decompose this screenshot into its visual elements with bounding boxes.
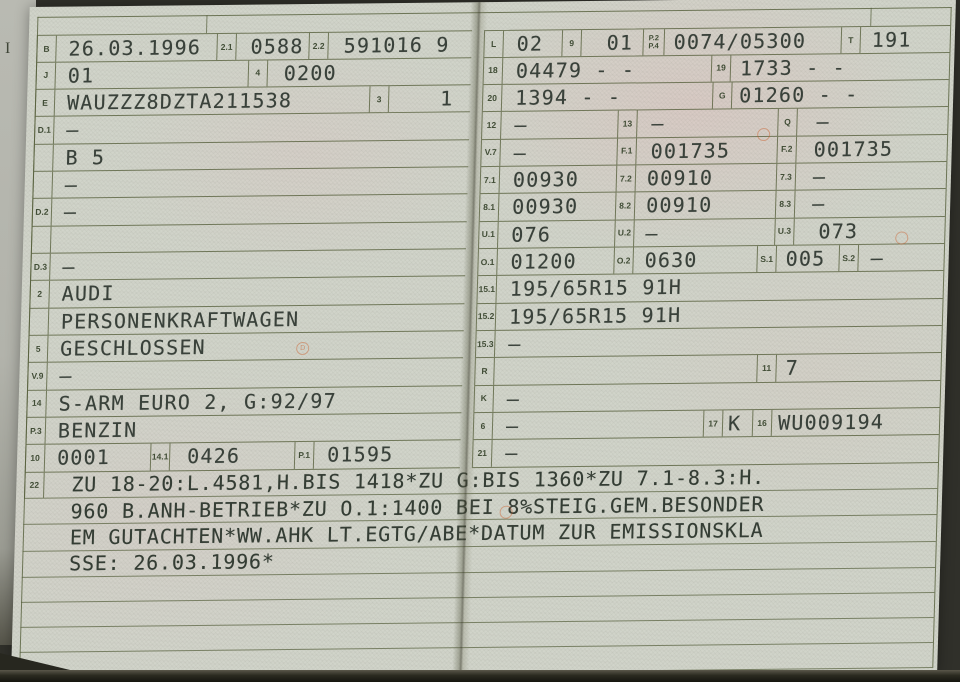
field-value: 073 <box>818 218 858 245</box>
field-code: 11 <box>756 355 777 382</box>
field-code: D.3 <box>30 254 51 281</box>
field-code: 8.3 <box>775 191 796 218</box>
field-code: B <box>36 36 57 62</box>
field-value: – <box>513 139 527 165</box>
field-value: AUDI <box>61 280 115 307</box>
field-value: 001735 <box>813 135 893 162</box>
field-value: BENZIN <box>58 417 138 444</box>
field-value: – <box>506 385 520 411</box>
field-value: – <box>64 171 78 197</box>
field-value: – <box>870 245 884 271</box>
photo-background: I B26.03.19962.105882.2591016 9J0140200E… <box>0 0 960 682</box>
field-code <box>29 308 50 335</box>
field-code: S.2 <box>838 245 859 272</box>
field-code <box>32 172 53 199</box>
field-code: D.1 <box>34 117 55 144</box>
field-code: 5 <box>28 336 49 363</box>
field-code: U.3 <box>774 218 795 245</box>
field-code: 10 <box>25 445 46 472</box>
field-value: 001735 <box>650 137 730 164</box>
field-value: 0001 <box>57 444 111 471</box>
field-value <box>507 358 508 384</box>
field-value: – <box>816 109 830 135</box>
header-divider-tick <box>206 15 208 33</box>
field-value: WU009194 <box>778 409 885 436</box>
document-field-table: B26.03.19962.105882.2591016 9J0140200EWA… <box>30 0 956 7</box>
field-value: WAUZZZ8DZTA211538 <box>67 87 293 116</box>
field-value: 0074/05300 <box>673 28 806 55</box>
field-value: 195/65R15 91H <box>509 274 682 302</box>
field-value: – <box>812 191 826 217</box>
field-code: 9 <box>561 30 582 56</box>
field-code: 14.1 <box>150 444 171 471</box>
field-value: 005 <box>785 245 825 272</box>
field-code: 2.2 <box>308 33 329 59</box>
field-code: E <box>35 90 56 117</box>
field-value: 00930 <box>512 193 579 220</box>
field-code: D.2 <box>32 199 53 226</box>
vehicle-registration-document-page: B26.03.19962.105882.2591016 9J0140200EWA… <box>11 0 956 682</box>
field-value: 0200 <box>284 59 338 86</box>
field-value: 01 <box>67 62 94 89</box>
field-code: 4 <box>247 60 268 87</box>
field-value: 076 <box>511 221 551 248</box>
field-code: T <box>840 27 861 53</box>
field-code: S.1 <box>756 246 777 273</box>
field-value: PERSONENKRAFTWAGEN <box>61 306 300 335</box>
field-value: 02 <box>516 31 543 57</box>
field-code: 16 <box>752 410 773 437</box>
field-value: – <box>505 440 519 466</box>
field-value: 01595 <box>327 441 394 468</box>
field-value: GESCHLOSSEN <box>60 334 206 362</box>
field-code: 8.2 <box>615 193 636 220</box>
field-value: – <box>506 413 520 439</box>
field-code: 3 <box>369 86 390 113</box>
field-value: 00910 <box>646 192 713 219</box>
field-code: 2.1 <box>216 34 237 60</box>
field-code: O.2 <box>613 247 634 274</box>
field-code: 13 <box>617 111 638 138</box>
field-value: 04479 - - <box>516 56 636 84</box>
field-value: S-ARM EURO 2, G:92/97 <box>58 387 337 416</box>
field-value: 01 <box>606 30 633 56</box>
field-value: 1733 - - <box>740 54 847 81</box>
field-code: V.9 <box>27 363 48 390</box>
field-code: 7.2 <box>616 165 637 192</box>
field-code: 17 <box>703 410 724 437</box>
field-value: – <box>651 110 665 136</box>
field-value: – <box>514 112 528 138</box>
remarks-text: SSE: 26.03.1996* <box>69 549 275 577</box>
field-code: 14 <box>26 390 47 417</box>
field-code: G <box>712 82 733 109</box>
field-value: 1394 - - <box>515 84 622 111</box>
field-value: B 5 <box>65 144 105 171</box>
field-code: P.3 <box>26 418 47 445</box>
field-value: 591016 9 <box>343 32 450 58</box>
field-code <box>33 144 54 171</box>
field-value <box>63 226 64 252</box>
field-value: – <box>508 331 522 357</box>
field-code: J <box>35 62 56 89</box>
field-code: P.2 P.4 <box>642 29 665 55</box>
field-code: 2 <box>29 281 50 308</box>
field-value: 01200 <box>510 248 577 275</box>
field-code: 19 <box>711 55 732 82</box>
field-code <box>31 226 52 253</box>
field-value: – <box>66 117 80 143</box>
field-code: F.1 <box>616 138 637 165</box>
field-code: 7.3 <box>776 164 797 191</box>
field-code: Q <box>777 109 798 136</box>
field-value: 195/65R15 91H <box>509 301 682 329</box>
field-value: 7 <box>785 355 799 381</box>
field-code: P.1 <box>294 442 315 469</box>
field-value: – <box>59 363 73 389</box>
field-value: – <box>813 163 827 189</box>
field-value: 00930 <box>513 166 580 193</box>
header-divider-tick <box>870 8 872 26</box>
field-value: – <box>64 199 78 225</box>
field-value: 1 <box>440 85 454 111</box>
field-value: – <box>62 253 76 279</box>
photo-edge-shadow <box>0 670 960 682</box>
field-value: 26.03.1996 <box>68 34 201 61</box>
field-value: 0630 <box>644 247 698 274</box>
field-value: 01260 - - <box>739 81 859 109</box>
field-code: 22 <box>24 472 45 498</box>
field-value: – <box>645 220 659 246</box>
field-value: K <box>728 410 742 436</box>
field-code: F.2 <box>776 136 797 163</box>
page-roman-numeral: I <box>5 40 10 58</box>
field-value: 191 <box>871 27 911 53</box>
field-value: 0426 <box>187 443 241 470</box>
field-code: U.2 <box>614 220 635 247</box>
field-value: 0588 <box>250 33 304 59</box>
field-value: 00910 <box>647 165 714 192</box>
table-top-border <box>37 7 951 18</box>
